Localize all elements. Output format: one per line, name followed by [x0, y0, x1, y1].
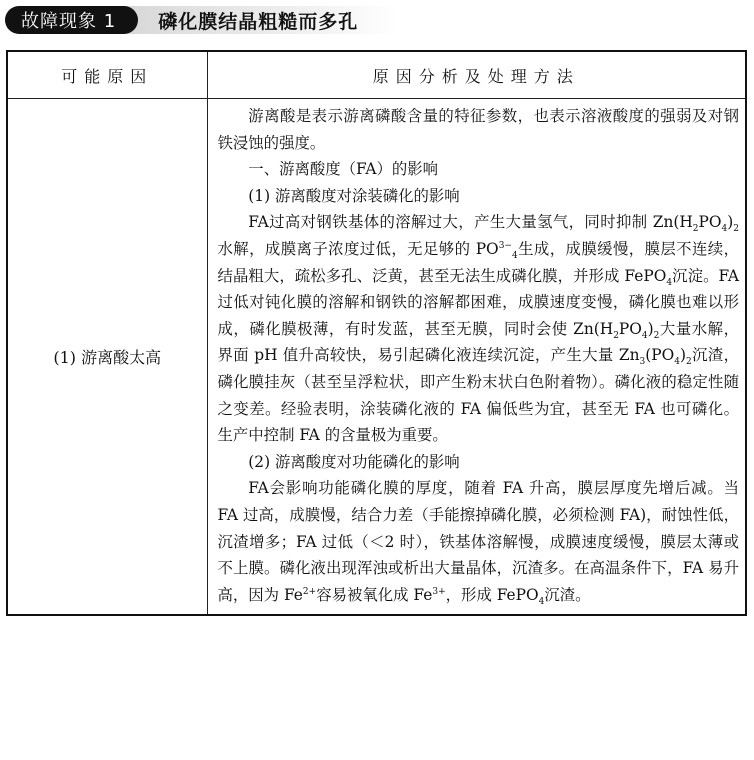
- table-header-row: 可能原因 原因分析及处理方法: [7, 51, 746, 99]
- text-run: PO: [619, 320, 642, 338]
- coating-phosphating-paragraph: FA过高对钢铁基体的溶解过大，产生大量氢气，同时抑制 Zn(H2PO4)2水解，…: [218, 209, 740, 448]
- cause-cell: (1) 游离酸太高: [7, 99, 207, 616]
- text-run: 沉渣。: [544, 586, 590, 604]
- text-run: FA过高对钢铁基体的溶解过大，产生大量氢气，同时抑制 Zn(H: [248, 213, 693, 231]
- text-run: 水解，成膜离子浓度过低，无足够的 PO: [218, 240, 499, 258]
- intro-paragraph: 游离酸是表示游离磷酸含量的特征参数，也表示溶液酸度的强弱及对钢铁浸蚀的强度。: [218, 103, 740, 156]
- column-header-cause: 可能原因: [7, 51, 207, 99]
- superscript: 2+: [303, 587, 316, 597]
- text-run: PO: [699, 213, 722, 231]
- analysis-cell: 游离酸是表示游离磷酸含量的特征参数，也表示溶液酸度的强弱及对钢铁浸蚀的强度。 一…: [207, 99, 746, 616]
- text-run: 容易被氧化成 Fe: [316, 586, 432, 604]
- column-header-analysis: 原因分析及处理方法: [207, 51, 746, 99]
- table-row: (1) 游离酸太高 游离酸是表示游离磷酸含量的特征参数，也表示溶液酸度的强弱及对…: [7, 99, 746, 616]
- text-run: ，形成 FePO: [446, 586, 539, 604]
- subsection-heading: (1) 游离酸度对涂装磷化的影响: [218, 183, 740, 210]
- subsection-heading: (2) 游离酸度对功能磷化的影响: [218, 449, 740, 476]
- section-header: 故障现象 1 磷化膜结晶粗糙而多孔: [5, 5, 565, 35]
- subscript: 2: [733, 224, 739, 234]
- fault-table: 可能原因 原因分析及处理方法 (1) 游离酸太高 游离酸是表示游离磷酸含量的特征…: [6, 50, 747, 616]
- superscript: 3+: [432, 587, 445, 597]
- section-heading: 一、游离酸度（FA）的影响: [218, 156, 740, 183]
- superscript: 3−: [499, 241, 512, 251]
- fault-badge: 故障现象 1: [5, 6, 138, 34]
- fault-title: 磷化膜结晶粗糙而多孔: [124, 6, 398, 34]
- text-run: (PO: [645, 346, 674, 364]
- functional-phosphating-paragraph: FA会影响功能磷化膜的厚度，随着 FA 升高，膜层厚度先增后减。当 FA 过高，…: [218, 475, 740, 608]
